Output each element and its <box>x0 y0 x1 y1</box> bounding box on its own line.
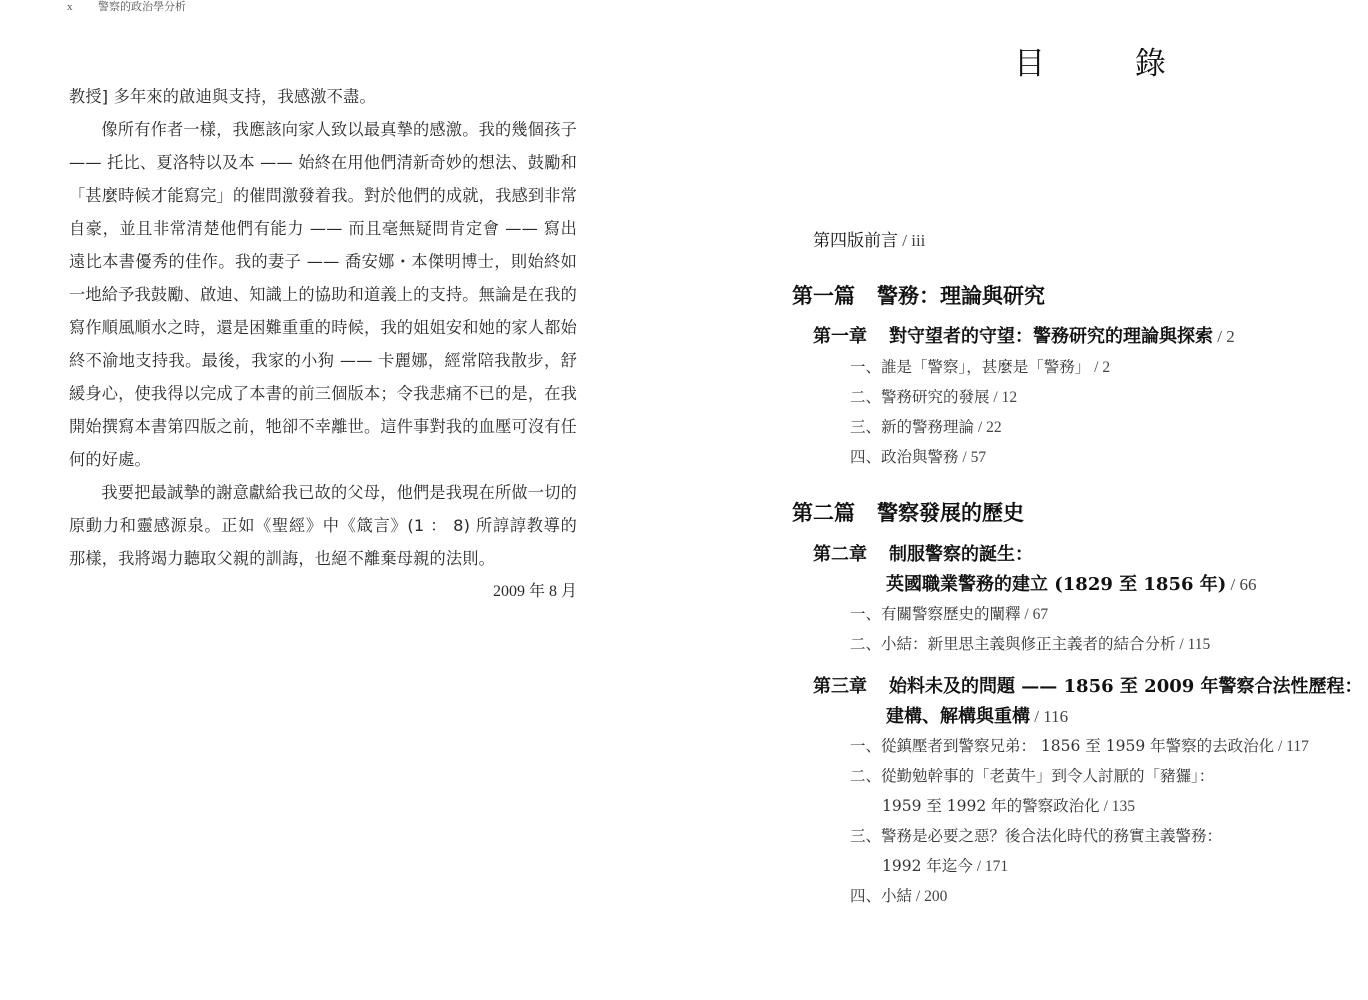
toc-label: 第四版前言 <box>813 231 898 251</box>
toc-section[interactable]: 二、警務研究的發展 / 12 <box>850 385 1017 407</box>
toc-label: 制服警察的誕生： <box>889 544 1033 565</box>
left-page: x 警察的政治學分析 教授] 多年來的啟迪與支持，我感激不盡。 像所有作者一樣，… <box>0 0 684 1000</box>
toc-page: / 200 <box>912 888 947 905</box>
toc-label: 1959 至 1992 年的警察政治化 <box>882 797 1100 815</box>
running-head: x 警察的政治學分析 <box>67 0 186 14</box>
toc-label: 始料未及的問題 —— 1856 至 2009 年警察合法性歷程： <box>889 676 1363 697</box>
chapter-number: 第一章 <box>813 326 867 347</box>
toc-page: / 12 <box>990 389 1018 406</box>
toc-section[interactable]: 二、從勤勉幹事的「老黃牛」到令人討厭的「豬玀」： <box>850 764 1214 786</box>
toc-label: 對守望者的守望：警務研究的理論與探索 <box>889 326 1213 347</box>
toc-section[interactable]: 二、小結：新里思主義與修正主義者的結合分析 / 115 <box>850 632 1210 654</box>
toc-chapter-3[interactable]: 第三章始料未及的問題 —— 1856 至 2009 年警察合法性歷程： <box>813 672 1363 698</box>
toc-section-cont[interactable]: 1992 年迄今 / 171 <box>882 854 1008 876</box>
toc-section[interactable]: 一、從鎮壓者到警察兄弟： 1856 至 1959 年警察的去政治化 / 117 <box>850 734 1309 756</box>
toc-section[interactable]: 四、小結 / 200 <box>850 884 947 906</box>
toc-label: 警務：理論與研究 <box>877 283 1045 308</box>
toc-label: 一、有關警察歷史的闡釋 <box>850 605 1021 623</box>
toc-page: / iii <box>898 231 925 250</box>
toc-label: 一、誰是「警察」，甚麼是「警務」 <box>850 358 1090 376</box>
toc-page: / 2 <box>1213 327 1235 346</box>
toc-section[interactable]: 一、誰是「警察」，甚麼是「警務」 / 2 <box>850 355 1110 377</box>
toc-page: / 117 <box>1274 738 1309 755</box>
paragraph: 教授] 多年來的啟迪與支持，我感激不盡。 <box>69 80 577 113</box>
toc-chapter-1[interactable]: 第一章對守望者的守望：警務研究的理論與探索 / 2 <box>813 322 1235 348</box>
toc-label: 二、從勤勉幹事的「老黃牛」到令人討厭的「豬玀」： <box>850 767 1214 785</box>
toc-page: / 2 <box>1090 359 1110 376</box>
toc-page: / 22 <box>974 419 1002 436</box>
toc-section[interactable]: 一、有關警察歷史的闡釋 / 67 <box>850 602 1048 624</box>
toc-chapter-2[interactable]: 第二章制服警察的誕生： <box>813 540 1033 566</box>
toc-label: 1992 年迄今 <box>882 857 973 875</box>
toc-section[interactable]: 三、新的警務理論 / 22 <box>850 415 1002 437</box>
toc-part-2[interactable]: 第二篇警察發展的歷史 <box>792 497 1024 527</box>
toc-label: 建構、解構與重構 <box>886 706 1030 727</box>
part-number: 第一篇 <box>792 283 855 308</box>
toc-page: / 57 <box>959 449 987 466</box>
toc-label: 四、小結 <box>850 887 912 905</box>
toc-label: 四、政治與警務 <box>850 448 959 466</box>
right-page: 目 錄 第四版前言 / iii 第一篇警務：理論與研究 第一章對守望者的守望：警… <box>684 0 1368 1000</box>
chapter-number: 第三章 <box>813 676 867 697</box>
toc-page: / 116 <box>1030 707 1068 726</box>
toc-section-cont[interactable]: 1959 至 1992 年的警察政治化 / 135 <box>882 794 1135 816</box>
toc-label: 警察發展的歷史 <box>877 500 1024 525</box>
toc-label: 二、小結：新里思主義與修正主義者的結合分析 <box>850 635 1176 653</box>
book-title: 警察的政治學分析 <box>98 0 186 13</box>
toc-part-1[interactable]: 第一篇警務：理論與研究 <box>792 280 1045 310</box>
toc-page: / 67 <box>1021 606 1049 623</box>
toc-label: 英國職業警務的建立 (1829 至 1856 年) <box>886 574 1226 595</box>
toc-label: 一、從鎮壓者到警察兄弟： 1856 至 1959 年警察的去政治化 <box>850 737 1274 755</box>
part-number: 第二篇 <box>792 500 855 525</box>
toc-entry-preface[interactable]: 第四版前言 / iii <box>813 226 925 251</box>
toc-page: / 66 <box>1226 575 1256 594</box>
toc-section[interactable]: 三、警務是必要之惡？後合法化時代的務實主義警務： <box>850 824 1222 846</box>
toc-page: / 115 <box>1176 636 1211 653</box>
toc-chapter-3-cont[interactable]: 建構、解構與重構 / 116 <box>886 702 1068 728</box>
signature-date: 2009 年 8 月 <box>493 578 577 601</box>
toc-chapter-2-cont[interactable]: 英國職業警務的建立 (1829 至 1856 年) / 66 <box>886 570 1257 596</box>
page-number: x <box>67 1 73 13</box>
chapter-number: 第二章 <box>813 544 867 565</box>
toc-label: 二、警務研究的發展 <box>850 388 990 406</box>
paragraph: 我要把最誠摯的謝意獻給我已故的父母，他們是我現在所做一切的原動力和靈感源泉。正如… <box>69 476 577 575</box>
toc-label: 三、警務是必要之惡？後合法化時代的務實主義警務： <box>850 827 1222 845</box>
paragraph: 像所有作者一樣，我應該向家人致以最真摯的感激。我的幾個孩子 —— 托比、夏洛特以… <box>69 113 577 476</box>
acknowledgement-text: 教授] 多年來的啟迪與支持，我感激不盡。 像所有作者一樣，我應該向家人致以最真摯… <box>69 80 577 575</box>
toc-page: / 171 <box>973 858 1008 875</box>
toc-page: / 135 <box>1100 798 1135 815</box>
toc-label: 三、新的警務理論 <box>850 418 974 436</box>
toc-section[interactable]: 四、政治與警務 / 57 <box>850 445 986 467</box>
toc-title: 目 錄 <box>1014 38 1206 83</box>
